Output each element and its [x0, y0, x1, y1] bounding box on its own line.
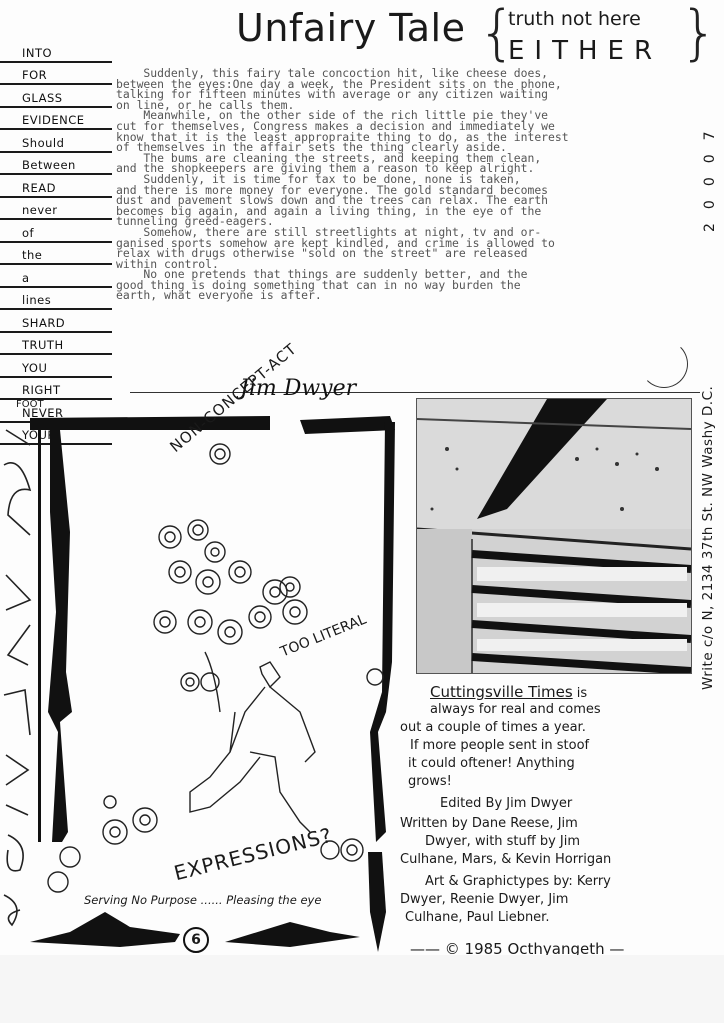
margin-word-row: FOR [0, 63, 112, 86]
right-brace: } [680, 0, 718, 68]
article-paragraph: Meanwhile, on the other side of the rich… [116, 110, 676, 152]
margin-word-row: of [0, 220, 112, 243]
margin-word: never [22, 203, 57, 217]
credits-line: If more people sent in stoof [410, 738, 589, 755]
margin-word: FOR [22, 68, 47, 82]
photo-vent-grate [416, 398, 692, 674]
subtitle-line-1: truth not here [508, 8, 641, 30]
magazine-name-line: Cuttingsville Times is [430, 684, 587, 703]
margin-word-row: Should [0, 130, 112, 153]
credits-text: out a couple of times a year. [400, 720, 586, 735]
credits-line: grows! [408, 774, 452, 791]
margin-word: Between [22, 158, 76, 172]
margin-word: EVIDENCE [22, 113, 85, 127]
credits-text: grows! [408, 774, 452, 789]
margin-word-row: Between [0, 153, 112, 176]
margin-word: READ [22, 181, 56, 195]
margin-word-row: YOU [0, 355, 112, 378]
margin-word-row: EVIDENCE [0, 108, 112, 131]
credits-line: Written by Dane Reese, Jim [400, 816, 578, 833]
margin-word: TRUTH [22, 338, 64, 352]
drawing-caption: Serving No Purpose ...... Pleasing the e… [84, 893, 321, 907]
credits-line: always for real and comes [430, 702, 601, 719]
credits-line: Culhane, Paul Liebner. [405, 910, 549, 927]
credits-text: Edited By Jim Dwyer [440, 796, 572, 811]
credits-line: Art & Graphictypes by: Kerry [425, 874, 611, 891]
margin-word-row: INTO [0, 40, 112, 63]
article-paragraph: Suddenly, this fairy tale concoction hit… [116, 68, 676, 110]
margin-word: GLASS [22, 91, 63, 105]
credits-line: Culhane, Mars, & Kevin Horrigan [400, 852, 611, 869]
mailing-address: Write c/o N, 2134 37th St. NW Washy D.C. [700, 386, 716, 690]
margin-word: INTO [22, 46, 52, 60]
margin-word-row: the [0, 243, 112, 266]
margin-word-column: INTOFORGLASSEVIDENCEShouldBetweenREADnev… [0, 40, 112, 445]
article-line: earth, what everyone is after. [116, 290, 676, 301]
zine-page: Unfairy Tale { truth not here EITHER } I… [0, 0, 724, 955]
credits-text: Culhane, Paul Liebner. [405, 910, 549, 925]
credits-text: it could oftener! Anything [408, 756, 575, 771]
flourish-curl [640, 340, 688, 388]
margin-word-row: TRUTH [0, 333, 112, 356]
magazine-name: Cuttingsville Times [430, 683, 573, 701]
credits-line: out a couple of times a year. [400, 720, 586, 737]
article-paragraph: Suddenly, it is time for tax to be done,… [116, 174, 676, 227]
margin-word-row: READ [0, 175, 112, 198]
credits-text: Culhane, Mars, & Kevin Horrigan [400, 852, 611, 867]
credits-text: Dwyer, with stuff by Jim [425, 834, 580, 849]
credits-line: Edited By Jim Dwyer [440, 796, 572, 813]
margin-word: YOU [22, 361, 47, 375]
credits-text: Written by Dane Reese, Jim [400, 816, 578, 831]
margin-word: a [22, 271, 30, 285]
subtitle-block: { truth not here EITHER } [478, 4, 718, 72]
margin-word-row: GLASS [0, 85, 112, 108]
margin-word-row: SHARD [0, 310, 112, 333]
article-paragraph: The bums are cleaning the streets, and k… [116, 153, 676, 174]
margin-word-row: RIGHT [0, 378, 112, 401]
credits-text: always for real and comes [430, 702, 601, 717]
margin-word: lines [22, 293, 51, 307]
margin-word-row: never [0, 198, 112, 221]
credits-text: Dwyer, Reenie Dwyer, Jim [400, 892, 568, 907]
margin-word: the [22, 248, 42, 262]
credits-text-suffix: is [573, 686, 588, 701]
margin-word-row: lines [0, 288, 112, 311]
page-title: Unfairy Tale [236, 6, 465, 50]
margin-foot-word: FOOT [16, 399, 44, 410]
page-bottom-margin [0, 955, 724, 1023]
subtitle-line-2: EITHER [508, 36, 662, 66]
margin-word: RIGHT [22, 383, 60, 397]
credits-line: Dwyer, Reenie Dwyer, Jim [400, 892, 568, 909]
page-number: 6 [183, 927, 209, 953]
margin-word: of [22, 226, 34, 240]
credits-text: Art & Graphictypes by: Kerry [425, 874, 611, 889]
article-paragraph: No one pretends that things are suddenly… [116, 269, 676, 301]
article-body: Suddenly, this fairy tale concoction hit… [116, 68, 676, 301]
credits-line: Dwyer, with stuff by Jim [425, 834, 580, 851]
article-paragraph: Somehow, there are still streetlights at… [116, 227, 676, 269]
margin-word: SHARD [22, 316, 65, 330]
zip-code: 20007 [702, 117, 718, 232]
credits-text: If more people sent in stoof [410, 738, 589, 753]
signature-rule [130, 392, 700, 394]
margin-word-row: a [0, 265, 112, 288]
credits-line: it could oftener! Anything [408, 756, 575, 773]
margin-word: Should [22, 136, 64, 150]
